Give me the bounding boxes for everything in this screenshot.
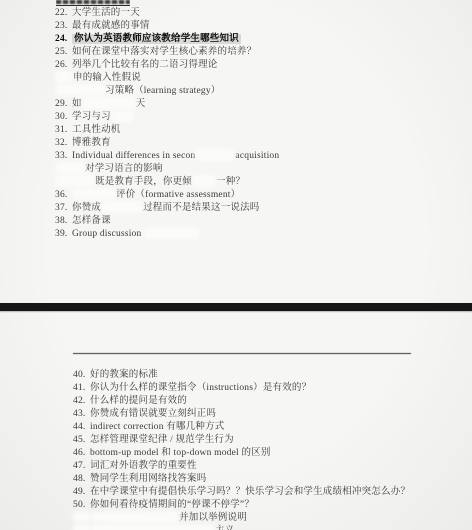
text-fragment: 最有成就感的事情	[72, 21, 150, 31]
list-item: 24.你认为英语教师应该教给学生哪些知识	[55, 33, 279, 46]
text-fragment: 并加以举例说明	[179, 513, 247, 523]
item-text: indirect correction 有哪几种方式	[90, 422, 224, 432]
list-item: 习策略（learning strategy）	[55, 85, 279, 98]
item-text: 最有成就感的事情	[72, 21, 150, 31]
item-number: 39.	[55, 228, 72, 241]
list-item: 42.什么样的提问是有效的	[73, 395, 410, 408]
item-text: 大学生活的一天	[72, 8, 140, 18]
text-fragment: 怎样备课	[72, 216, 111, 226]
item-text: 你认为英语教师应该教给学生哪些知识	[72, 34, 241, 44]
item-number: 48.	[73, 473, 90, 486]
list-item: 主义	[73, 525, 410, 530]
item-text: 如天	[72, 99, 145, 109]
list-item: 既是教育手段，你更倾一种？	[55, 176, 279, 189]
redaction-blur-patch	[57, 177, 93, 185]
redaction-blur-patch	[57, 164, 83, 172]
list-item: 29.如天	[55, 98, 279, 111]
item-text: 博雅教育	[72, 138, 111, 148]
redaction-blur-patch	[75, 526, 89, 530]
list-item: 对学习语言的影响	[55, 163, 279, 176]
list-item: 32.博雅教育	[55, 137, 279, 150]
list-item: 36.评价（formative assessment）	[55, 189, 279, 202]
item-text: 学习与习	[72, 112, 135, 122]
text-fragment: 大学生活的一天	[72, 8, 140, 18]
item-text: 并加以举例说明	[73, 513, 247, 523]
item-number: 44.	[73, 421, 90, 434]
list-item: 31.工具性动机	[55, 124, 279, 137]
list-item: 45.怎样管理课堂纪律 / 规范学生行为	[73, 434, 410, 447]
text-fragment: 赞同学生利用网络找答案吗	[90, 474, 206, 484]
list-item: 43.你赞成有错误就要立刻纠正吗	[73, 408, 410, 421]
text-fragment: 词汇对外语教学的重要性	[90, 461, 197, 471]
list-item: 39.Group discussion	[55, 228, 279, 241]
item-number: 29.	[55, 98, 72, 111]
text-fragment: 既是教育手段，你更倾	[95, 177, 192, 187]
text-fragment: 申的输入性假说	[73, 73, 141, 83]
item-number: 32.	[55, 137, 72, 150]
text-fragment: 博雅教育	[72, 138, 111, 148]
text-fragment: 列举几个比较有名的二语习得理论	[72, 60, 218, 70]
item-text: bottom-up model 和 top-down model 的区别	[90, 448, 271, 458]
item-text: Group discussion	[72, 229, 200, 239]
text-fragment: 工具性动机	[72, 125, 121, 135]
item-text: 习策略（learning strategy）	[55, 86, 220, 96]
item-text: 赞同学生利用网络找答案吗	[90, 474, 206, 484]
text-fragment: 好的教案的标准	[90, 370, 158, 380]
item-number: 33.	[55, 150, 72, 163]
list-item: 22.大学生活的一天	[55, 7, 279, 20]
text-fragment: 天	[136, 99, 146, 109]
redaction-blur-patch	[75, 513, 89, 521]
list-item: 30.学习与习	[55, 111, 279, 124]
item-text: 在中学课堂中有提倡快乐学习吗？？快乐学习会和学生成绩相冲突怎么办？	[90, 487, 410, 497]
text-fragment: indirect correction 有哪几种方式	[90, 422, 224, 432]
item-text: 主义	[73, 526, 234, 530]
item-text: 你认为什么样的课堂指令（instructions）是有效的？	[90, 383, 311, 393]
item-number: 45.	[73, 434, 90, 447]
text-fragment: 你赞成有错误就要立刻纠正吗	[90, 409, 216, 419]
text-fragment: Group discussion	[72, 229, 144, 239]
text-fragment: 你认为什么样的课堂指令（instructions）是有效的？	[90, 383, 311, 393]
redaction-blur-patch	[103, 203, 141, 211]
item-number: 30.	[55, 111, 72, 124]
text-fragment: 一种？	[216, 177, 245, 187]
bottom-question-list: 40.好的教案的标准41.你认为什么样的课堂指令（instructions）是有…	[73, 369, 410, 530]
item-number: 47.	[73, 460, 90, 473]
text-fragment: Individual differences in secon	[72, 151, 195, 161]
redaction-blur-patch	[84, 99, 134, 107]
item-number: 37.	[55, 202, 72, 215]
document-page: 22.大学生活的一天23.最有成就感的事情24.你认为英语教师应该教给学生哪些知…	[0, 0, 472, 530]
text-fragment: 过程而不是结果这一说法吗	[143, 203, 259, 213]
text-fragment: acquisition	[235, 151, 279, 161]
item-text: 申的输入性假说	[55, 73, 141, 83]
item-text: 你赞成有错误就要立刻纠正吗	[90, 409, 216, 419]
text-fragment: 在中学课堂中有提倡快乐学习吗？？快乐学习会和学生成绩相冲突怎么办？	[90, 487, 410, 497]
redaction-blur-patch	[93, 513, 177, 521]
text-fragment: 你赞成	[72, 203, 101, 213]
list-item: 41.你认为什么样的课堂指令（instructions）是有效的？	[73, 382, 410, 395]
list-item: 26.列举几个比较有名的二语习得理论	[55, 59, 279, 72]
text-fragment: 主义	[215, 526, 234, 530]
redaction-blur-patch	[146, 229, 198, 237]
redaction-blur-patch	[74, 190, 114, 198]
text-fragment: 评价（formative assessment）	[116, 190, 240, 200]
item-text: 如何在课堂中落实对学生核心素养的培养？	[72, 47, 256, 57]
text-fragment: 对学习语言的影响	[85, 164, 163, 174]
item-text: 怎样备课	[72, 216, 111, 226]
item-text: 词汇对外语教学的重要性	[90, 461, 197, 471]
item-number: 31.	[55, 124, 72, 137]
list-item: 50.你如何看待疫情期间的“停课不停学”？	[73, 499, 410, 512]
top-question-list: 22.大学生活的一天23.最有成就感的事情24.你认为英语教师应该教给学生哪些知…	[55, 7, 279, 241]
item-number: 40.	[73, 369, 90, 382]
list-item: 23.最有成就感的事情	[55, 20, 279, 33]
item-text: 怎样管理课堂纪律 / 规范学生行为	[90, 435, 234, 445]
list-item: 46.bottom-up model 和 top-down model 的区别	[73, 447, 410, 460]
text-fragment: 如何在课堂中落实对学生核心素养的培养？	[72, 47, 256, 57]
item-number: 36.	[55, 189, 72, 202]
text-fragment: 你如何看待疫情期间的“停课不停学”？	[90, 500, 254, 510]
item-text: Individual differences in seconacquisiti…	[72, 151, 279, 161]
redaction-blur-patch	[113, 112, 133, 120]
text-fragment: bottom-up model 和 top-down model 的区别	[90, 448, 271, 458]
list-item: 38.怎样备课	[55, 215, 279, 228]
text-fragment: 学习与习	[72, 112, 111, 122]
redaction-blur-patch	[194, 177, 214, 185]
item-number: 46.	[73, 447, 90, 460]
redaction-blur-patch	[197, 151, 233, 159]
list-item: 47.词汇对外语教学的重要性	[73, 460, 410, 473]
clipped-heading-text-smear	[56, 0, 130, 4]
item-number: 42.	[73, 395, 90, 408]
text-fragment: 怎样管理课堂纪律 / 规范学生行为	[90, 435, 234, 445]
text-fragment: 你认为英语教师应该教给学生哪些知识	[74, 34, 239, 44]
list-item: 申的输入性假说	[55, 72, 279, 85]
list-item: 并加以举例说明	[73, 512, 410, 525]
item-text: 你赞成过程而不是结果这一说法吗	[72, 203, 260, 213]
text-fragment: 什么样的提问是有效的	[90, 396, 187, 406]
item-number: 26.	[55, 59, 72, 72]
item-text: 工具性动机	[72, 125, 121, 135]
item-number: 43.	[73, 408, 90, 421]
item-number: 41.	[73, 382, 90, 395]
item-number: 49.	[73, 486, 90, 499]
item-number: 38.	[55, 215, 72, 228]
list-item: 49.在中学课堂中有提倡快乐学习吗？？快乐学习会和学生成绩相冲突怎么办？	[73, 486, 410, 499]
list-item: 25.如何在课堂中落实对学生核心素养的培养？	[55, 46, 279, 59]
redaction-blur-patch	[93, 526, 213, 530]
item-text: 评价（formative assessment）	[72, 190, 240, 200]
text-fragment: 习策略（learning strategy）	[105, 86, 220, 96]
page-break-bar	[0, 303, 472, 311]
item-number: 25.	[55, 46, 72, 59]
list-item: 37.你赞成过程而不是结果这一说法吗	[55, 202, 279, 215]
item-text: 好的教案的标准	[90, 370, 158, 380]
list-item: 48.赞同学生利用网络找答案吗	[73, 473, 410, 486]
list-item: 33.Individual differences in seconacquis…	[55, 150, 279, 163]
text-fragment: 如	[72, 99, 82, 109]
section-divider-line	[73, 353, 411, 354]
list-item: 44.indirect correction 有哪几种方式	[73, 421, 410, 434]
clipped-heading	[56, 0, 130, 6]
item-number: 50.	[73, 499, 90, 512]
item-text: 既是教育手段，你更倾一种？	[55, 177, 245, 187]
redaction-blur-patch	[57, 86, 103, 94]
item-number: 23.	[55, 20, 72, 33]
list-item: 40.好的教案的标准	[73, 369, 410, 382]
item-number: 22.	[55, 7, 72, 20]
item-text: 对学习语言的影响	[55, 164, 163, 174]
item-text: 列举几个比较有名的二语习得理论	[72, 60, 218, 70]
item-text: 什么样的提问是有效的	[90, 396, 187, 406]
item-number: 24.	[55, 33, 72, 46]
redaction-blur-patch	[57, 73, 71, 81]
item-text: 你如何看待疫情期间的“停课不停学”？	[90, 500, 254, 510]
